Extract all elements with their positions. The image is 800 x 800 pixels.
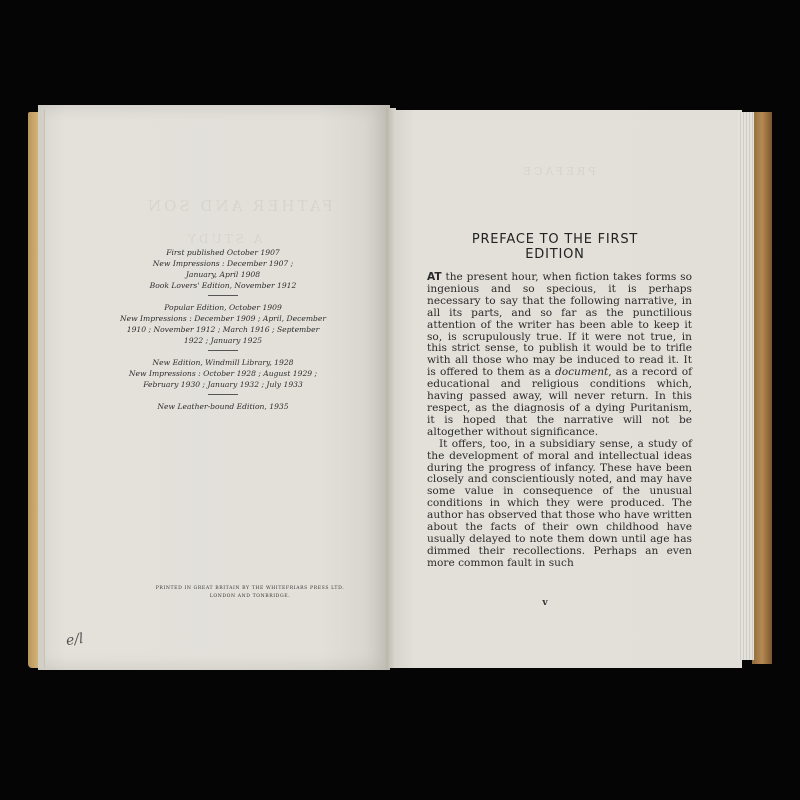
edition-line: Popular Edition, October 1909 bbox=[98, 302, 348, 313]
edition-line: 1910 ; November 1912 ; March 1916 ; Sept… bbox=[98, 324, 348, 335]
edition-line: First published October 1907 bbox=[98, 247, 348, 258]
paragraph-1-italic: document bbox=[555, 366, 608, 378]
edition-block-4: New Leather-bound Edition, 1935 bbox=[98, 401, 348, 412]
preface-title-line-2: EDITION bbox=[420, 247, 690, 262]
printer-imprint: Printed in Great Britain by the Whitefri… bbox=[120, 585, 380, 601]
paragraph-2: It offers, too, in a subsidiary sense, a… bbox=[427, 439, 692, 570]
printer-line-1: Printed in Great Britain by the Whitefri… bbox=[120, 585, 380, 593]
divider bbox=[208, 295, 238, 296]
preface-title: PREFACE TO THE FIRST EDITION bbox=[420, 232, 690, 262]
edition-line: New Edition, Windmill Library, 1928 bbox=[98, 357, 348, 368]
edition-line: New Impressions : December 1909 ; April,… bbox=[98, 313, 348, 324]
edition-line: 1922 ; January 1925 bbox=[98, 335, 348, 346]
left-page-edge bbox=[38, 110, 45, 668]
lead-word: AT bbox=[427, 271, 442, 283]
edition-history: First published October 1907 New Impress… bbox=[98, 247, 348, 416]
show-through-subtitle-left: A STUDY bbox=[185, 232, 262, 246]
show-through-title-right: PREFACE bbox=[520, 165, 596, 178]
preface-title-line-1: PREFACE TO THE FIRST bbox=[420, 232, 690, 247]
page-stack bbox=[738, 112, 754, 660]
edition-line: New Leather-bound Edition, 1935 bbox=[98, 401, 348, 412]
handwritten-note: e/l bbox=[65, 631, 85, 649]
edition-line: January, April 1908 bbox=[98, 269, 348, 280]
edition-block-1: First published October 1907 New Impress… bbox=[98, 247, 348, 291]
divider bbox=[208, 394, 238, 395]
edition-line: Book Lovers' Edition, November 1912 bbox=[98, 280, 348, 291]
printer-line-2: London and Tonbridge. bbox=[120, 593, 380, 601]
preface-body: AT the present hour, when fiction takes … bbox=[427, 272, 692, 570]
divider bbox=[208, 350, 238, 351]
paragraph-1-text: the present hour, when fiction takes for… bbox=[427, 271, 692, 378]
page-number: v bbox=[535, 598, 555, 608]
edition-block-2: Popular Edition, October 1909 New Impres… bbox=[98, 302, 348, 346]
edition-line: New Impressions : October 1928 ; August … bbox=[98, 368, 348, 379]
edition-line: New Impressions : December 1907 ; bbox=[98, 258, 348, 269]
edition-line: February 1930 ; January 1932 ; July 1933 bbox=[98, 379, 348, 390]
book-cover-right-edge bbox=[752, 112, 772, 664]
edition-block-3: New Edition, Windmill Library, 1928 New … bbox=[98, 357, 348, 390]
show-through-title-left: FATHER AND SON bbox=[145, 197, 333, 215]
paragraph-1: AT the present hour, when fiction takes … bbox=[427, 272, 692, 439]
